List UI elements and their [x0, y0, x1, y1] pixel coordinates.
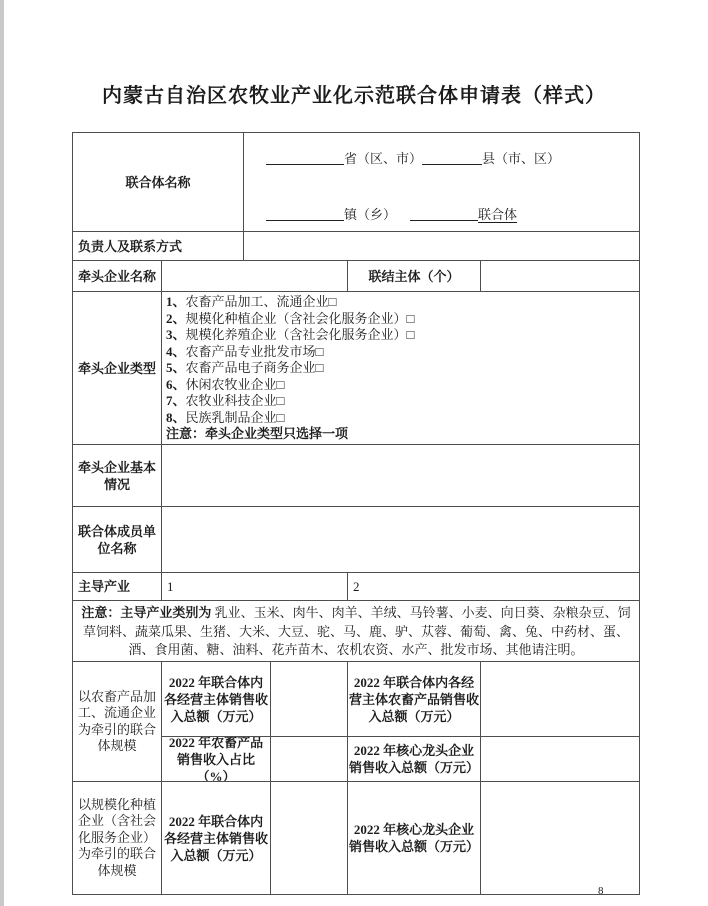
section2-label: 以规模化种植企业（含社会化服务企业）为牵引的联合体规模 [73, 782, 162, 894]
lead-name-label: 牵头企业名称 [73, 261, 162, 291]
section1-r2c1-header: 2022 年农畜产品销售收入占比（%） [162, 737, 271, 781]
consortium-name-label: 联合体名称 [73, 133, 244, 231]
industry-note-cell: 注意：主导产业类别为 乳业、玉米、肉牛、肉羊、羊绒、马铃薯、小麦、向日葵、杂粮杂… [73, 601, 639, 661]
section1-r1c2-value-cell [481, 662, 639, 736]
page-left-edge [0, 0, 4, 906]
row-industry-note: 注意：主导产业类别为 乳业、玉米、肉牛、肉羊、羊绒、马铃薯、小麦、向日葵、杂粮杂… [73, 601, 639, 662]
town-label: 镇（乡） [344, 207, 396, 222]
lead-type-option-6: 6、休闲农牧业企业□ [166, 377, 639, 394]
linked-entities-label: 联结主体（个） [348, 261, 481, 291]
member-units-label: 联合体成员单位名称 [73, 507, 162, 572]
section2-c1-header: 2022 年联合体内各经营主体销售收入总额（万元） [162, 782, 271, 894]
leading-industry-value-2: 2 [348, 573, 639, 600]
consortium-name-line2: 镇（乡）联合体 [266, 206, 639, 223]
lead-basic-value-cell [162, 445, 639, 506]
linked-entities-value-cell [481, 261, 639, 291]
consortium-name-line1: 省（区、市）县（市、区） [266, 150, 639, 167]
consortium-name-value-cell: 省（区、市）县（市、区） 镇（乡）联合体 [244, 133, 639, 231]
section1-r1c2-header: 2022 年联合体内各经营主体农畜产品销售收入总额（万元） [348, 662, 481, 736]
lead-name-value-cell [162, 261, 348, 291]
section1-subrow-1: 2022 年联合体内各经营主体销售收入总额（万元） 2022 年联合体内各经营主… [162, 662, 639, 737]
row-member-units: 联合体成员单位名称 [73, 507, 639, 573]
section1-r2c2-value-cell [481, 737, 639, 781]
row-lead-enterprise-type: 牵头企业类型 1、农畜产品加工、流通企业□ 2、规模化种植企业（含社会化服务企业… [73, 292, 639, 445]
blank-line [266, 150, 344, 165]
lead-type-note: 注意：牵头企业类型只选择一项 [166, 426, 639, 443]
blank-line [410, 206, 478, 221]
section2-c2-value-cell [481, 782, 639, 894]
lead-type-options-cell: 1、农畜产品加工、流通企业□ 2、规模化种植企业（含社会化服务企业）□ 3、规模… [162, 292, 639, 444]
row-leading-industry: 主导产业 1 2 [73, 573, 639, 601]
province-label: 省（区、市） [344, 151, 422, 166]
lead-type-option-3: 3、规模化养殖企业（含社会化服务企业）□ [166, 327, 639, 344]
section1-r2c2-header: 2022 年核心龙头企业销售收入总额（万元） [348, 737, 481, 781]
contact-value-cell [244, 232, 639, 260]
blank-line [266, 206, 344, 221]
section1-r1c1-value-cell [271, 662, 348, 736]
section1-label: 以农畜产品加工、流通企业为牵引的联合体规模 [73, 662, 162, 781]
row-contact: 负责人及联系方式 [73, 232, 639, 261]
industry-note-prefix: 注意：主导产业类别为 [81, 605, 211, 620]
lead-type-option-8: 8、民族乳制品企业□ [166, 410, 639, 427]
leading-industry-value-1: 1 [162, 573, 348, 600]
row-lead-enterprise-name: 牵头企业名称 联结主体（个） [73, 261, 639, 292]
document-page: 内蒙古自治区农牧业产业化示范联合体申请表（样式） 联合体名称 省（区、市）县（市… [0, 0, 708, 906]
lead-type-option-2: 2、规模化种植企业（含社会化服务企业）□ [166, 311, 639, 328]
lead-type-option-7: 7、农牧业科技企业□ [166, 393, 639, 410]
section2-c1-value-cell [271, 782, 348, 894]
member-units-value-cell [162, 507, 639, 572]
lead-basic-label: 牵头企业基本情况 [73, 445, 162, 506]
page-number: 8 [598, 885, 604, 897]
lead-type-option-5: 5、农畜产品电子商务企业□ [166, 360, 639, 377]
section1-r1c1-header: 2022 年联合体内各经营主体销售收入总额（万元） [162, 662, 271, 736]
document-title: 内蒙古自治区农牧业产业化示范联合体申请表（样式） [0, 79, 708, 108]
section1-subrow-2: 2022 年农畜产品销售收入占比（%） 2022 年核心龙头企业销售收入总额（万… [162, 737, 639, 781]
lead-type-label: 牵头企业类型 [73, 292, 162, 444]
section2-c2-header: 2022 年核心龙头企业销售收入总额（万元） [348, 782, 481, 894]
application-table: 联合体名称 省（区、市）县（市、区） 镇（乡）联合体 负责人及联系方式 牵头企业… [72, 132, 640, 895]
row-lead-basic-info: 牵头企业基本情况 [73, 445, 639, 507]
consortium-suffix-label: 联合体 [478, 207, 517, 222]
lead-type-option-4: 4、农畜产品专业批发市场□ [166, 344, 639, 361]
section1-r2c1-value-cell [271, 737, 348, 781]
contact-label: 负责人及联系方式 [73, 232, 244, 260]
row-consortium-name: 联合体名称 省（区、市）县（市、区） 镇（乡）联合体 [73, 133, 639, 232]
row-section-processing: 以农畜产品加工、流通企业为牵引的联合体规模 2022 年联合体内各经营主体销售收… [73, 662, 639, 782]
blank-line [422, 150, 482, 165]
section1-grid: 2022 年联合体内各经营主体销售收入总额（万元） 2022 年联合体内各经营主… [162, 662, 639, 781]
lead-type-option-1: 1、农畜产品加工、流通企业□ [166, 294, 639, 311]
county-label: 县（市、区） [482, 151, 560, 166]
row-section-planting: 以规模化种植企业（含社会化服务企业）为牵引的联合体规模 2022 年联合体内各经… [73, 782, 639, 894]
leading-industry-label: 主导产业 [73, 573, 162, 600]
